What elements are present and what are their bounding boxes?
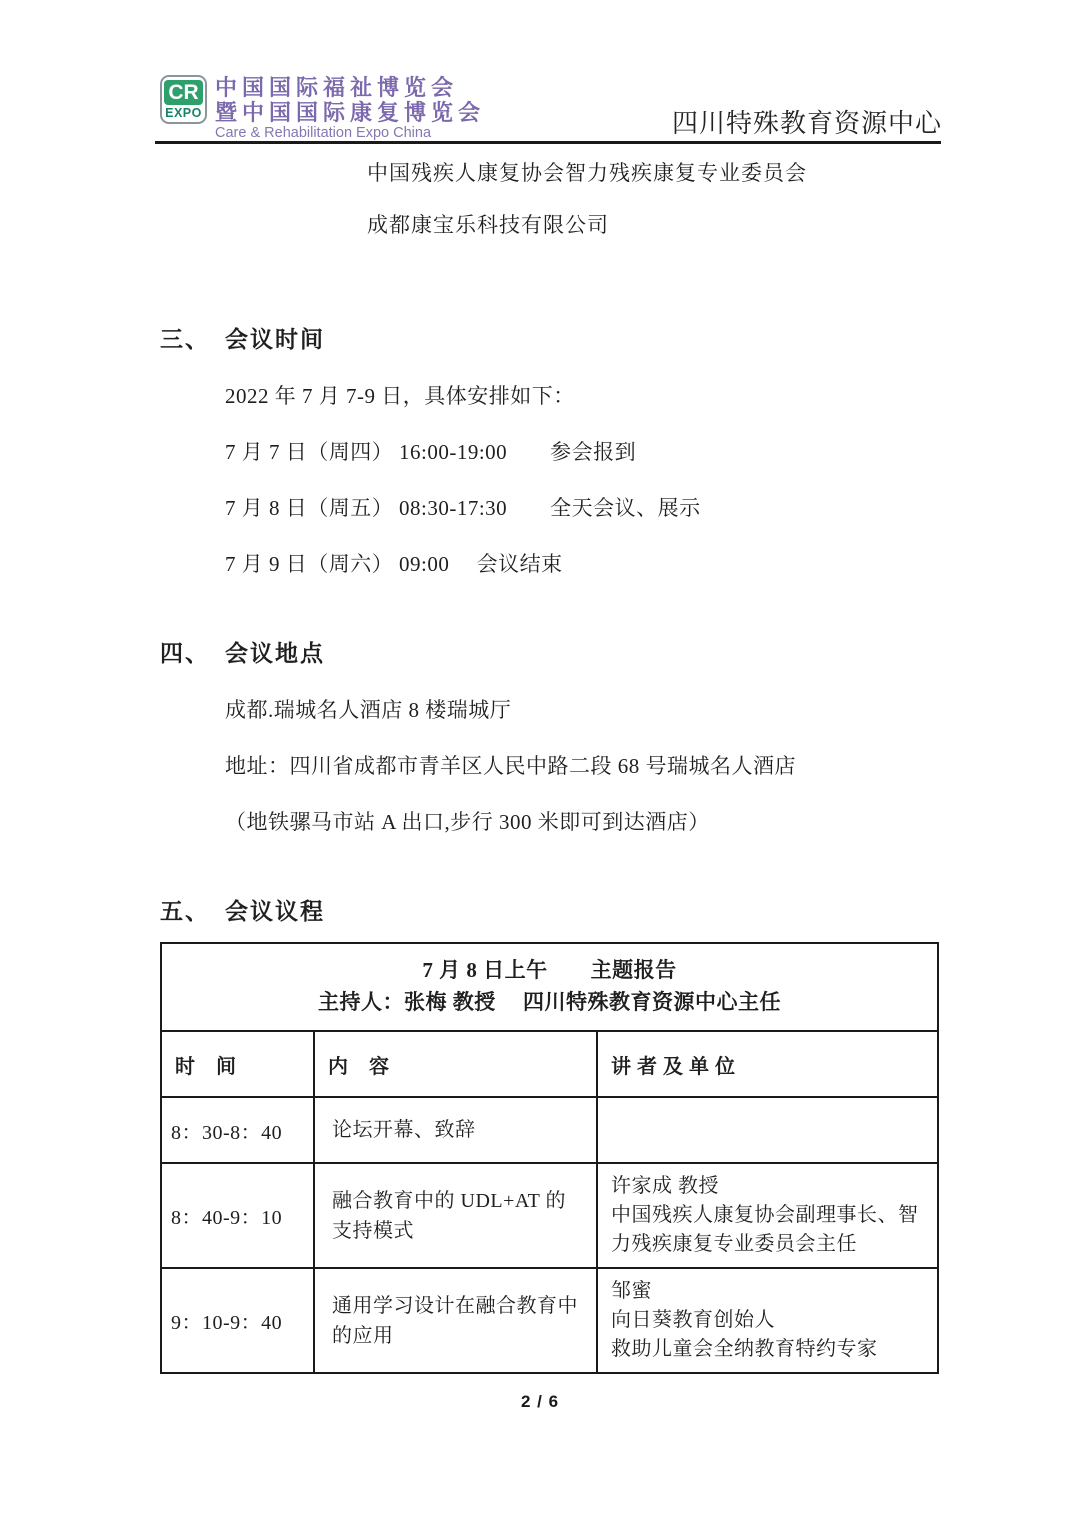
host-org-line: 中国残疾人康复协会智力残疾康复专业委员会 <box>367 160 942 187</box>
speaker-name: 邹蜜 <box>611 1277 927 1306</box>
agenda-content: 论坛开幕、致辞 <box>314 1097 597 1163</box>
host-org-line: 成都康宝乐科技有限公司 <box>367 212 942 239</box>
host-organizations: 中国残疾人康复协会智力残疾康复专业委员会 成都康宝乐科技有限公司 <box>160 160 942 239</box>
section-body-meeting-place: 成都.瑞城名人酒店 8 楼瑞城厅 地址：四川省成都市青羊区人民中路二段 68 号… <box>160 696 942 837</box>
schedule-line: 7 月 7 日（周四） 16:00-19:00 参会报到 <box>225 438 942 467</box>
table-row: 9：10-9：40 通用学习设计在融合教育中的应用 邹蜜 向日葵教育创始人 救助… <box>161 1268 938 1373</box>
section-number: 五、 <box>160 897 225 926</box>
speaker-name: 许家成 教授 <box>611 1172 927 1201</box>
expo-title-line1: 中国国际福祉博览会 <box>215 75 485 100</box>
agenda-content: 通用学习设计在融合教育中的应用 <box>314 1268 597 1373</box>
section-heading-agenda: 五、 会议议程 <box>160 897 942 926</box>
header-divider <box>155 141 941 144</box>
agenda-session-header-row: 7 月 8 日上午 主题报告 主持人：张梅 教授 四川特殊教育资源中心主任 <box>161 943 938 1031</box>
page-number: 2 / 6 <box>0 1392 1080 1412</box>
expo-logo: CR EXPO 中国国际福祉博览会 暨中国国际康复博览会 Care & Reha… <box>160 75 485 142</box>
agenda-speaker <box>597 1097 938 1163</box>
table-row: 8：40-9：10 融合教育中的 UDL+AT 的支持模式 许家成 教授 中国残… <box>161 1163 938 1268</box>
section-heading-meeting-time: 三、 会议时间 <box>160 325 942 354</box>
agenda-speaker: 许家成 教授 中国残疾人康复协会副理事长、智力残疾康复专业委员会主任 <box>597 1163 938 1268</box>
page-content: CR EXPO 中国国际福祉博览会 暨中国国际康复博览会 Care & Reha… <box>160 0 942 1374</box>
logo-cr-mark: CR <box>164 80 203 105</box>
header-org-title: 四川特殊教育资源中心 <box>672 103 942 142</box>
schedule-line: 2022 年 7 月 7-9 日，具体安排如下： <box>225 382 942 411</box>
speaker-affiliation: 中国残疾人康复协会副理事长、智力残疾康复专业委员会主任 <box>611 1201 927 1259</box>
agenda-table: 7 月 8 日上午 主题报告 主持人：张梅 教授 四川特殊教育资源中心主任 时 … <box>160 942 939 1374</box>
agenda-column-header-row: 时 间 内 容 讲 者 及 单 位 <box>161 1031 938 1097</box>
schedule-line: 7 月 8 日（周五） 08:30-17:30 全天会议、展示 <box>225 494 942 523</box>
address-line: 地址：四川省成都市青羊区人民中路二段 68 号瑞城名人酒店 <box>225 752 942 781</box>
section-number: 四、 <box>160 639 225 668</box>
agenda-session-header-cell: 7 月 8 日上午 主题报告 主持人：张梅 教授 四川特殊教育资源中心主任 <box>161 943 938 1031</box>
agenda-time: 8：30-8：40 <box>161 1097 314 1163</box>
agenda-content: 融合教育中的 UDL+AT 的支持模式 <box>314 1163 597 1268</box>
speaker-affiliation: 向日葵教育创始人 <box>611 1306 927 1335</box>
speaker-affiliation: 救助儿童会全纳教育特约专家 <box>611 1335 927 1364</box>
column-header-time: 时 间 <box>161 1031 314 1097</box>
session-title: 7 月 8 日上午 主题报告 <box>166 954 933 986</box>
logo-expo-mark: EXPO <box>165 106 202 120</box>
expo-logo-text: 中国国际福祉博览会 暨中国国际康复博览会 Care & Rehabilitati… <box>215 75 485 142</box>
expo-title-line2: 暨中国国际康复博览会 <box>215 100 485 125</box>
agenda-time: 9：10-9：40 <box>161 1268 314 1373</box>
column-header-speaker: 讲 者 及 单 位 <box>597 1031 938 1097</box>
table-row: 8：30-8：40 论坛开幕、致辞 <box>161 1097 938 1163</box>
agenda-time: 8：40-9：10 <box>161 1163 314 1268</box>
page-header: CR EXPO 中国国际福祉博览会 暨中国国际康复博览会 Care & Reha… <box>160 0 942 142</box>
metro-note-line: （地铁骡马市站 A 出口,步行 300 米即可到达酒店） <box>225 808 942 837</box>
venue-line: 成都.瑞城名人酒店 8 楼瑞城厅 <box>225 696 942 725</box>
section-title: 会议地点 <box>225 639 325 668</box>
agenda-speaker: 邹蜜 向日葵教育创始人 救助儿童会全纳教育特约专家 <box>597 1268 938 1373</box>
schedule-line: 7 月 9 日（周六） 09:00 会议结束 <box>225 550 942 579</box>
expo-subtitle-en: Care & Rehabilitation Expo China <box>215 125 485 142</box>
section-number: 三、 <box>160 325 225 354</box>
section-title: 会议议程 <box>225 897 325 926</box>
section-title: 会议时间 <box>225 325 325 354</box>
cr-expo-logo-icon: CR EXPO <box>160 75 207 124</box>
section-body-meeting-time: 2022 年 7 月 7-9 日，具体安排如下： 7 月 7 日（周四） 16:… <box>160 382 942 579</box>
section-heading-meeting-place: 四、 会议地点 <box>160 639 942 668</box>
document-page: CR EXPO 中国国际福祉博览会 暨中国国际康复博览会 Care & Reha… <box>0 0 1080 1527</box>
column-header-content: 内 容 <box>314 1031 597 1097</box>
session-moderator: 主持人：张梅 教授 四川特殊教育资源中心主任 <box>166 986 933 1018</box>
